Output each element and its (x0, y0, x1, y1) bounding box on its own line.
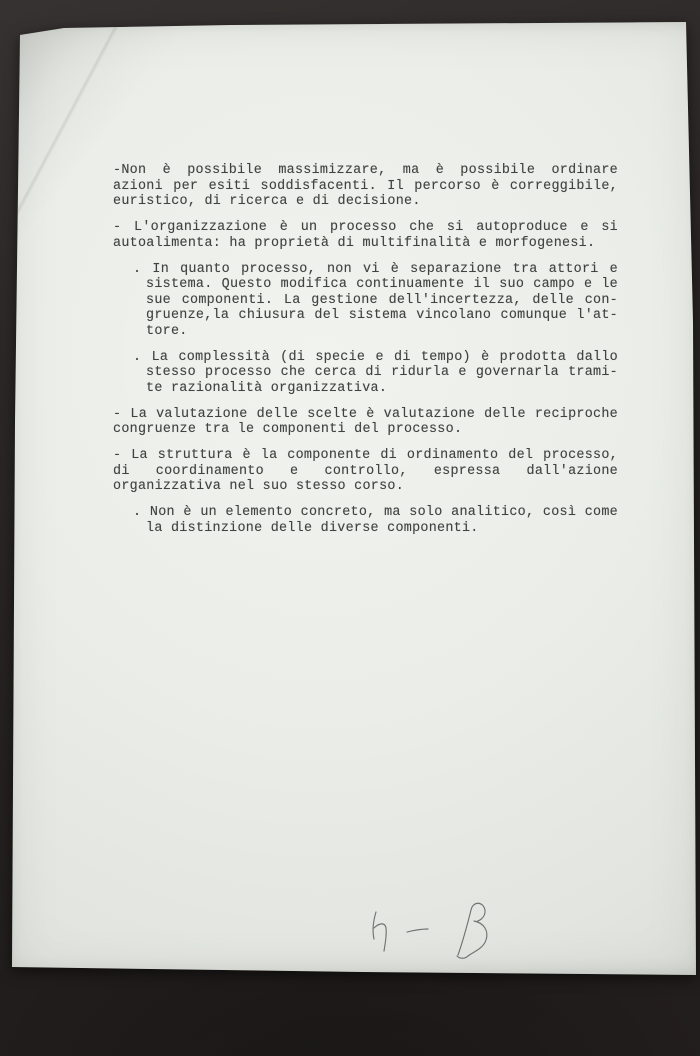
handwritten-annotation (357, 897, 517, 982)
pencil-stroke (373, 912, 376, 939)
paragraph: - La valutazione delle scelte è valutazi… (113, 407, 618, 438)
text-line: tore. (113, 324, 618, 340)
text-line: stesso processo che cerca di ridurla e g… (113, 365, 618, 381)
text-line: . Non è un elemento concreto, ma solo an… (113, 505, 618, 521)
text-line: euristico, di ricerca e di decisione. (113, 194, 618, 210)
text-line: . La complessità (di specie e di tempo) … (113, 350, 618, 366)
document-page: -Non è possibile massimizzare, ma è poss… (12, 22, 696, 976)
paragraph: . La complessità (di specie e di tempo) … (113, 350, 618, 397)
text-line: - La struttura è la componente di ordina… (113, 448, 618, 464)
text-line: organizzativa nel suo stesso corso. (113, 479, 618, 495)
text-line: sue componenti. La gestione dell'incerte… (113, 293, 618, 309)
pencil-stroke (457, 903, 487, 958)
pencil-stroke (407, 929, 428, 932)
text-line: - L'organizzazione è un processo che si … (113, 220, 618, 236)
text-line: di coordinamento e controllo, espressa d… (113, 464, 618, 480)
text-line: la distinzione delle diverse componenti. (113, 521, 618, 537)
text-line: -Non è possibile massimizzare, ma è poss… (113, 163, 618, 179)
pencil-stroke (374, 924, 386, 951)
text-line: sistema. Questo modifica continuamente i… (113, 277, 618, 293)
text-line: autoalimenta: ha proprietà di multifinal… (113, 236, 618, 252)
text-line: azioni per esiti soddisfacenti. Il perco… (113, 179, 618, 195)
paragraph: . In quanto processo, non vi è separazio… (113, 262, 618, 340)
text-line: - La valutazione delle scelte è valutazi… (113, 407, 618, 423)
paragraph: . Non è un elemento concreto, ma solo an… (113, 505, 618, 536)
text-block: -Non è possibile massimizzare, ma è poss… (113, 163, 618, 536)
text-line: . In quanto processo, non vi è separazio… (113, 262, 618, 278)
text-line: te razionalità organizzativa. (113, 381, 618, 397)
paragraph: - La struttura è la componente di ordina… (113, 448, 618, 495)
text-line: gruenze,la chiusura del sistema vincolan… (113, 308, 618, 324)
paragraph: - L'organizzazione è un processo che si … (113, 220, 618, 251)
photo-background: { "scene": { "description": "photograph … (0, 0, 700, 1056)
text-line: congruenze tra le componenti del process… (113, 422, 618, 438)
paragraph: -Non è possibile massimizzare, ma è poss… (113, 163, 618, 210)
